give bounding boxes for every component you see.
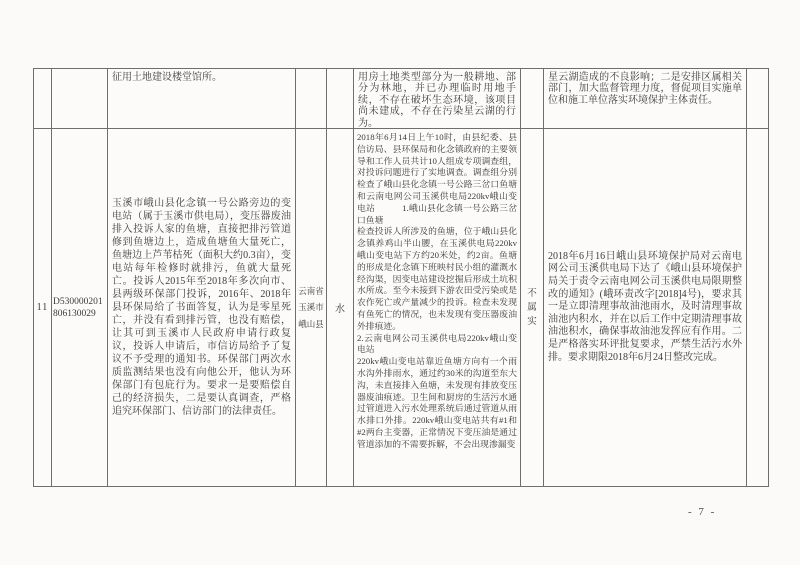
- row11-remarks-cell: [747, 129, 769, 487]
- row10-handling-text: 星云湖造成的不良影响；二是安排区属相关部门，加大监督管理力度，督促项目实施单位和…: [548, 72, 742, 106]
- row10-investigation-text: 用房土地类型部分为一般耕地、部分为林地，并已办理临时用地手续，不存在破坏生态环境…: [358, 72, 516, 129]
- row11-handling-cell: 2018年6月16日峨山县环境保护局对云南电网公司玉溪供电局下达了《峨山县环境保…: [544, 129, 747, 487]
- row10-region-cell: [296, 69, 327, 129]
- row11-pollution-type-text: 水: [335, 300, 345, 315]
- row10-verdict-cell: [521, 69, 544, 129]
- complaint-handling-table: 征用土地建设楼堂馆所。 用房土地类型部分为一般耕地、部分为林地，并已办理临时用地…: [33, 68, 769, 487]
- row11-region-text: 云南省玉溪市峨山县: [296, 283, 326, 333]
- row11-case-id-cell: D530000201806130029: [52, 129, 108, 487]
- row10-handling-cell: 星云湖造成的不良影响；二是安排区属相关部门，加大监督管理力度，督促项目实施单位和…: [544, 69, 747, 129]
- row10-complaint-text: 征用土地建设楼堂馆所。: [112, 72, 291, 84]
- row11-complaint-cell: 玉溪市峨山县化念镇一号公路旁边的变电站（属于玉溪市供电局），变压器废油排入投诉人…: [108, 129, 296, 487]
- row10-pollution-type-cell: [327, 69, 354, 129]
- row10-case-id-cell: [52, 69, 108, 129]
- row11-case-id-text: D530000201806130029: [52, 296, 107, 320]
- row10-complaint-cell: 征用土地建设楼堂馆所。: [108, 69, 296, 129]
- row11-seq-cell: 11: [34, 129, 52, 487]
- row10-seq-cell: [34, 69, 52, 129]
- row11-seq-text: 11: [37, 302, 49, 313]
- row11-verdict-cell: 不属实: [521, 129, 544, 487]
- page-number: - 7 -: [688, 506, 716, 518]
- row11-pollution-type-cell: 水: [327, 129, 354, 487]
- row10-investigation-cell: 用房土地类型部分为一般耕地、部分为林地，并已办理临时用地手续，不存在破坏生态环境…: [354, 69, 521, 129]
- row11-investigation-cell: 2018年6月14日上午10时，由县纪委、县信访局、县环保局和化念镇政府的主要领…: [354, 129, 521, 487]
- row11-region-cell: 云南省玉溪市峨山县: [296, 129, 327, 487]
- row11-investigation-text: 2018年6月14日上午10时，由县纪委、县信访局、县环保局和化念镇政府的主要领…: [357, 132, 517, 451]
- row10-remarks-cell: [747, 69, 769, 129]
- row11-complaint-text: 玉溪市峨山县化念镇一号公路旁边的变电站（属于玉溪市供电局），变压器废油排入投诉人…: [112, 197, 291, 418]
- row11-verdict-text: 不属实: [521, 287, 543, 329]
- row11-handling-text: 2018年6月16日峨山县环境保护局对云南电网公司玉溪供电局下达了《峨山县环境保…: [548, 251, 742, 364]
